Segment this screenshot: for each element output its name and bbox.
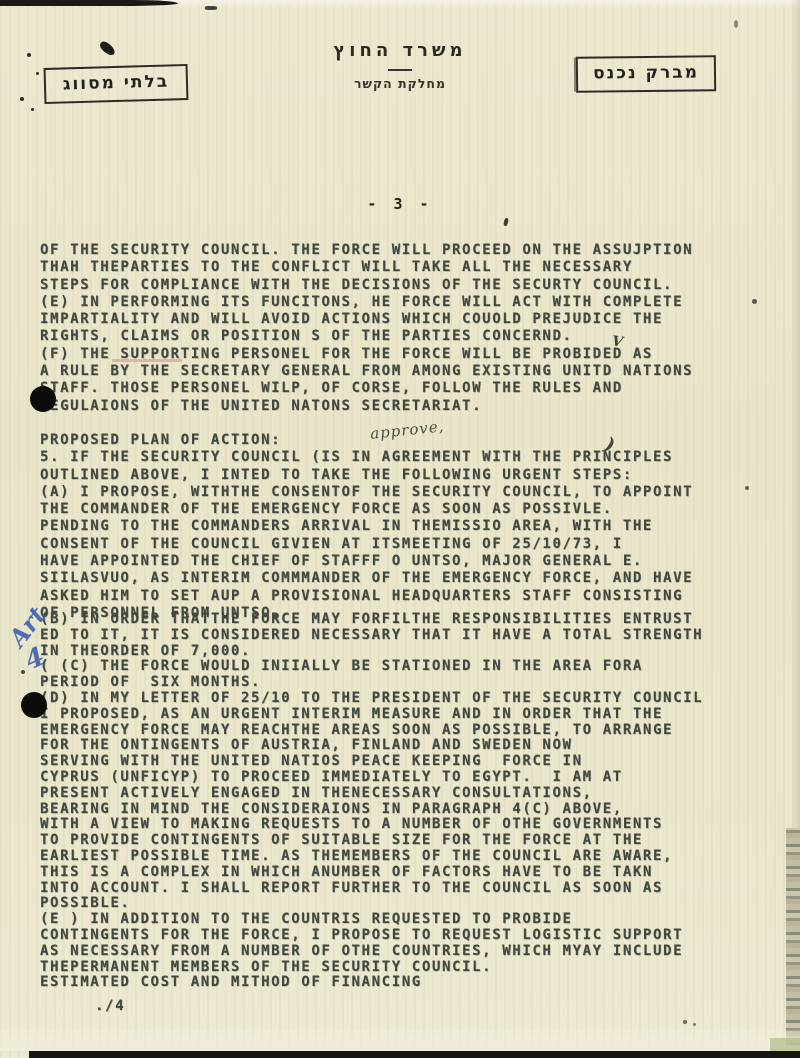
ink-speckle	[734, 20, 738, 28]
ink-speckle	[752, 299, 757, 304]
department-subtitle: מחלקת הקשר	[300, 76, 500, 91]
ink-speckle	[205, 6, 217, 10]
hole-punch	[30, 386, 56, 412]
handwritten-v-correction: V	[611, 333, 624, 350]
typed-paragraph-steps: (B) IN ORDER THATTHE FORCE MAY FORFILTHE…	[40, 612, 703, 991]
margin-note-word: Art	[3, 601, 52, 652]
handwritten-margin-note: Art 4	[0, 598, 70, 698]
page-continuation-mark: ./4	[95, 998, 125, 1015]
page-number: - 3 -	[350, 195, 450, 213]
ink-speckle	[503, 218, 509, 227]
ink-speckle	[21, 670, 25, 674]
incoming-telegram-stamp: מברק נכנס	[576, 55, 716, 92]
ink-speckle	[683, 1020, 687, 1024]
ink-speckle	[27, 53, 31, 57]
scanned-telegram-page: בלתי מסווג משרד החוץ מחלקת הקשר מברק נכנ…	[0, 0, 800, 1058]
classification-stamp: בלתי מסווג	[44, 64, 189, 104]
ministry-title: משרד החוץ	[300, 40, 500, 61]
typed-paragraph-definitions: OF THE SECURITY COUNCIL. THE FORCE WILL …	[40, 242, 693, 415]
ink-speckle	[20, 97, 24, 101]
ink-speckle	[31, 108, 34, 111]
ink-speckle	[36, 72, 39, 75]
hole-punch	[21, 692, 47, 718]
ink-speckle	[98, 40, 117, 58]
paper-right-rough-edge	[786, 828, 800, 1058]
paper-bottom-edge	[0, 1030, 800, 1051]
scan-bottom-black-bar	[29, 1051, 800, 1058]
paper-right-edge-shade	[791, 0, 800, 828]
scan-top-black-strip	[0, 0, 178, 6]
header-divider	[388, 69, 412, 71]
ink-speckle	[745, 486, 749, 490]
typed-proposed-plan-of-action: PROPOSED PLAN OF ACTION: 5. IF THE SECUR…	[40, 432, 693, 622]
ink-speckle	[693, 1023, 696, 1026]
red-ink-smudge	[112, 359, 182, 362]
